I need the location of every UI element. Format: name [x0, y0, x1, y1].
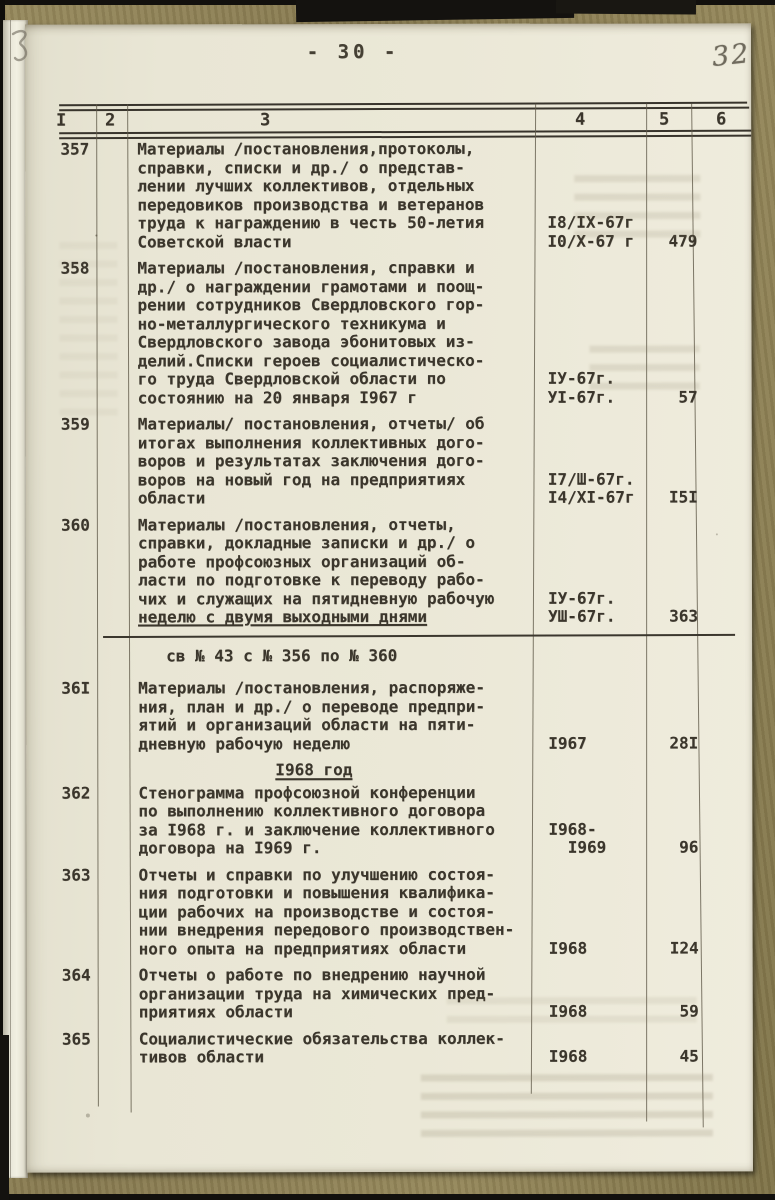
- bleed-through-ghost: [421, 1073, 713, 1142]
- column-header: 5: [659, 110, 669, 130]
- date-line: I968: [549, 1003, 651, 1022]
- table-row: 360Материалы /постановления, отчеты,спра…: [26, 515, 720, 627]
- table-row: 362Стенограмма профсоюзной конференциипо…: [26, 783, 720, 858]
- description-line: ния, план и др./ о переводе предпри-: [138, 697, 540, 716]
- description-line: ния подготовки и повышения квалифика-: [138, 884, 540, 903]
- row-count: 28I: [650, 734, 718, 753]
- date-line: I7/Ш-67г.: [548, 470, 650, 489]
- description-line: дневную рабочую неделю: [138, 734, 540, 753]
- date-line: I8/IX-67г: [547, 214, 649, 233]
- row-number: 365: [27, 1030, 91, 1049]
- description-line: тивов области: [139, 1048, 541, 1067]
- table-row: 36IМатериалы /постановления, распоряже-н…: [26, 678, 720, 753]
- handwritten-mark: [6, 27, 36, 69]
- description-line: итогах выполнения коллективных дого-: [138, 433, 540, 452]
- row-count: 45: [651, 1047, 719, 1066]
- date-line: IУ-67г.: [548, 589, 650, 608]
- row-description: Материалы /постановления, отчеты,справки…: [138, 515, 540, 627]
- description-line: области: [138, 489, 540, 508]
- date-line: IУ-67г.: [548, 370, 650, 389]
- table-row: 364Отчеты о работе по внедрению научнойо…: [27, 965, 721, 1022]
- description-line: Материалы /постановления, распоряже-: [138, 679, 540, 698]
- year-heading-text: I968 год: [275, 760, 352, 779]
- column-header: 3: [260, 110, 270, 130]
- row-number: 364: [27, 967, 91, 986]
- description-line: Материалы /постановления, справки и: [137, 259, 539, 278]
- description-line: лении лучших коллективов, отдельных: [137, 177, 539, 196]
- row-dates: I968: [541, 939, 651, 958]
- row-number: 358: [25, 260, 89, 279]
- row-description: Материалы/ постановления, отчеты/ обитог…: [138, 415, 540, 508]
- paper-speck: [95, 235, 97, 237]
- row-number: 360: [26, 516, 90, 535]
- date-line: I967: [548, 734, 650, 753]
- row-number: 36I: [26, 680, 90, 699]
- date-line: I968-: [548, 820, 650, 839]
- table-row: 358Материалы /постановления, справки идр…: [25, 258, 719, 407]
- row-dates: IУ-67г.УI-67г.: [540, 370, 650, 407]
- page-scan: - 30 - I23456 357Материалы /постановлени…: [25, 23, 753, 1172]
- table-row: 357Материалы /постановления,протоколы,сп…: [25, 139, 719, 251]
- description-line: передовиков производства и ветеранов: [137, 195, 539, 214]
- row-dates: I968: [541, 1048, 651, 1067]
- table-header-row: I23456: [25, 109, 751, 132]
- description-line: справки, списки и др./ о представ-: [137, 158, 539, 177]
- description-line: состоянию на 20 января I967 г: [138, 388, 540, 407]
- column-header: 4: [575, 110, 585, 130]
- header-rule-top: [59, 102, 747, 107]
- description-line: Отчеты о работе по внедрению научной: [139, 966, 541, 985]
- row-dates: I967: [540, 734, 650, 753]
- row-count: 96: [650, 838, 718, 857]
- description-line: ного опыта на предприятиях области: [139, 939, 541, 958]
- page-edge-strip: [3, 20, 28, 1178]
- description-line: Материалы /постановления, отчеты,: [138, 515, 540, 534]
- row-number: 363: [26, 866, 90, 885]
- row-number: 357: [25, 141, 89, 160]
- row-description: Отчеты и справки по улучшению состоя-ния…: [138, 865, 540, 958]
- description-line: по выполнению коллективного договора: [138, 802, 540, 821]
- row-dates: I968: [541, 1003, 651, 1022]
- description-line: Материалы/ постановления, отчеты/ об: [138, 415, 540, 434]
- row-count: I24: [651, 939, 719, 958]
- description-line: но-металлургического техникума и: [138, 314, 540, 333]
- description-line: го труда Свердловской области по: [138, 370, 540, 389]
- description-line: чих и служащих на пятидневную рабочую: [138, 589, 540, 608]
- table-row: 359Материалы/ постановления, отчеты/ оби…: [26, 414, 720, 508]
- row-number: 362: [26, 784, 90, 803]
- row-count: 57: [650, 388, 718, 407]
- description-line: воров на новый год на предприятиях: [138, 470, 540, 489]
- table-row: 363Отчеты и справки по улучшению состоя-…: [26, 865, 720, 959]
- row-dates: I7/Ш-67г.I4/XI-67г: [540, 470, 650, 507]
- row-description: Стенограмма профсоюзной конференциипо вы…: [138, 783, 540, 858]
- description-line: Материалы /постановления,протоколы,: [137, 140, 539, 159]
- row-dates: IУ-67г.УШ-67г.: [540, 589, 650, 626]
- description-line: ции рабочих на производстве и состоя-: [139, 902, 541, 921]
- row-description: Социалистические обязательства коллек-ти…: [139, 1029, 541, 1067]
- top-shadow-wedge-2: [556, 0, 696, 14]
- description-line: неделю с двумя выходными днями: [138, 608, 540, 627]
- year-heading: I968 год: [26, 760, 720, 780]
- handwritten-page-number: 32: [710, 38, 751, 73]
- column-header: 6: [716, 109, 726, 129]
- table-rows: 357Материалы /постановления,протоколы,сп…: [25, 139, 721, 1075]
- description-line: работе профсоюзных организаций об-: [138, 552, 540, 571]
- row-count: 363: [650, 607, 718, 626]
- row-count: 479: [649, 232, 717, 251]
- description-line: делий.Списки героев социалистическо-: [138, 351, 540, 370]
- date-line: УШ-67г.: [548, 608, 650, 627]
- description-line: справки, докладные записки и др./ о: [138, 534, 540, 553]
- description-line: Отчеты и справки по улучшению состоя-: [138, 865, 540, 884]
- section-rule: [103, 633, 735, 637]
- date-line: I4/XI-67г: [548, 489, 650, 508]
- description-line: организации труда на химических пред-: [139, 984, 541, 1003]
- description-line: за I968 г. и заключение коллективного: [138, 820, 540, 839]
- row-count: 59: [651, 1002, 719, 1021]
- page-number: - 30 -: [283, 41, 423, 63]
- description-line: Советской власти: [137, 232, 539, 251]
- row-count: I5I: [650, 488, 718, 507]
- row-dates: I968- I969: [540, 820, 650, 857]
- description-line: нии внедрения передового производствен-: [139, 921, 541, 940]
- description-line: др./ о награждении грамотами и поощ-: [137, 277, 539, 296]
- description-line: договора на I969 г.: [138, 839, 540, 858]
- date-line: УI-67г.: [548, 388, 650, 407]
- description-line: Стенограмма профсоюзной конференции: [138, 783, 540, 802]
- date-line: I0/X-67 г: [547, 232, 649, 251]
- description-line: приятиях области: [139, 1003, 541, 1022]
- row-dates: I8/IX-67гI0/X-67 г: [539, 214, 649, 251]
- description-line: воров и результатах заключения дого-: [138, 452, 540, 471]
- row-description: Отчеты о работе по внедрению научнойорга…: [139, 966, 541, 1022]
- row-description: Материалы /постановления, распоряже-ния,…: [138, 679, 540, 754]
- row-description: Материалы /постановления,протоколы,справ…: [137, 140, 539, 252]
- table-row: 365Социалистические обязательства коллек…: [27, 1029, 721, 1067]
- description-line: ласти по подготовке к переводу рабо-: [138, 571, 540, 590]
- date-line: I969: [548, 839, 650, 858]
- bundle-note: св № 43 с № 356 по № 360: [26, 646, 720, 666]
- date-line: I968: [549, 939, 651, 958]
- description-line: ятий и организаций области на пяти-: [138, 716, 540, 735]
- column-header: I: [56, 111, 66, 131]
- row-number: 359: [26, 416, 90, 435]
- description-line: рении сотрудников Свердловского гор-: [137, 296, 539, 315]
- description-line: Социалистические обязательства коллек-: [139, 1029, 541, 1048]
- column-header: 2: [105, 110, 115, 130]
- description-line: Свердловского завода эбонитовых из-: [138, 333, 540, 352]
- row-description: Материалы /постановления, справки идр./ …: [137, 259, 539, 408]
- description-line: труда к награждению в честь 50-летия: [137, 214, 539, 233]
- bottom-left-dark-edge: [0, 1035, 9, 1200]
- date-line: I968: [549, 1048, 651, 1067]
